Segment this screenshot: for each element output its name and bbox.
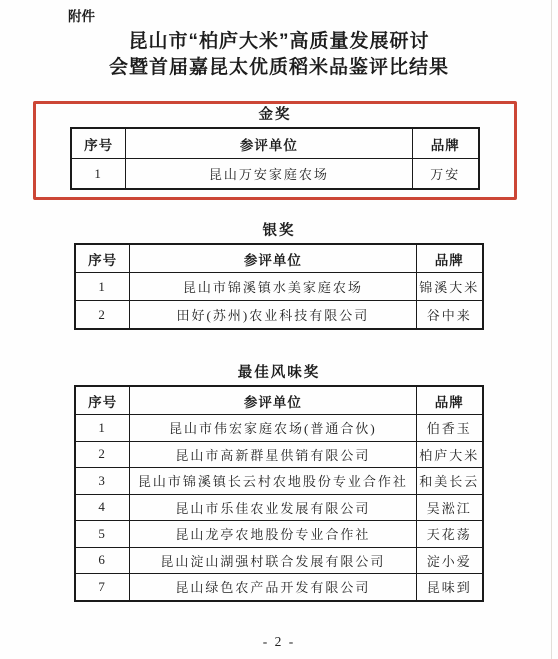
- table-cell: 昆山市锦溪镇长云村农地股份专业合作社: [130, 468, 416, 495]
- award-table-gold: 序号参评单位品牌 1昆山万安家庭农场万安: [70, 127, 480, 190]
- table-header-cell: 参评单位: [130, 244, 416, 273]
- table-header-cell: 参评单位: [130, 386, 416, 415]
- table-cell: 吴淞江: [416, 494, 483, 521]
- table-row: 2田好(苏州)农业科技有限公司谷中来: [75, 301, 483, 330]
- table-cell: 1: [75, 273, 130, 301]
- section-best-flavor-award: 最佳风味奖 序号参评单位品牌 1昆山市伟宏家庭农场(普通合伙)伯香玉2昆山市高新…: [0, 364, 558, 602]
- page-number: - 2 -: [0, 634, 558, 650]
- table-cell: 伯香玉: [416, 415, 483, 442]
- table-cell: 4: [75, 494, 130, 521]
- document-title-line-2: 会暨首届嘉昆太优质稻米品鉴评比结果: [0, 55, 558, 81]
- table-cell: 天花荡: [416, 521, 483, 548]
- table-row: 7昆山绿色农产品开发有限公司昆味到: [75, 574, 483, 601]
- table-cell: 柏庐大米: [416, 441, 483, 468]
- table-cell: 田好(苏州)农业科技有限公司: [130, 301, 416, 330]
- table-header-cell: 序号: [75, 386, 130, 415]
- table-cell: 昆山万安家庭农场: [126, 159, 412, 190]
- table-header-row: 序号参评单位品牌: [71, 128, 479, 159]
- award-table-best-flavor: 序号参评单位品牌 1昆山市伟宏家庭农场(普通合伙)伯香玉2昆山市高新群星供销有限…: [74, 385, 484, 602]
- table-cell: 昆山市伟宏家庭农场(普通合伙): [130, 415, 416, 442]
- table-cell: 昆山绿色农产品开发有限公司: [130, 574, 416, 601]
- table-cell: 7: [75, 574, 130, 601]
- table-row: 4昆山市乐佳农业发展有限公司吴淞江: [75, 494, 483, 521]
- table-header-cell: 品牌: [416, 244, 483, 273]
- table-header-cell: 序号: [75, 244, 130, 273]
- document-title: 昆山市“柏庐大米”高质量发展研讨 会暨首届嘉昆太优质稻米品鉴评比结果: [0, 29, 558, 81]
- table-cell: 昆山市锦溪镇水美家庭农场: [130, 273, 416, 301]
- table-cell: 5: [75, 521, 130, 548]
- table-header-cell: 参评单位: [126, 128, 412, 159]
- table-header-cell: 品牌: [412, 128, 479, 159]
- attachment-label: 附件: [68, 5, 558, 25]
- page-edge-line: [551, 0, 552, 659]
- table-cell: 6: [75, 547, 130, 574]
- table-cell: 万安: [412, 159, 479, 190]
- table-row: 1昆山市锦溪镇水美家庭农场锦溪大米: [75, 273, 483, 301]
- table-cell: 1: [71, 159, 126, 190]
- table-cell: 2: [75, 441, 130, 468]
- table-cell: 淀小爱: [416, 547, 483, 574]
- highlight-box-gold-award: 金奖 序号参评单位品牌 1昆山万安家庭农场万安: [33, 101, 517, 200]
- table-cell: 昆山淀山湖强村联合发展有限公司: [130, 547, 416, 574]
- table-cell: 和美长云: [416, 468, 483, 495]
- document-title-line-1: 昆山市“柏庐大米”高质量发展研讨: [0, 29, 558, 55]
- table-header-cell: 序号: [71, 128, 126, 159]
- section-title-best-flavor: 最佳风味奖: [0, 364, 558, 382]
- table-cell: 昆山龙亭农地股份专业合作社: [130, 521, 416, 548]
- table-row: 2昆山市高新群星供销有限公司柏庐大米: [75, 441, 483, 468]
- table-cell: 3: [75, 468, 130, 495]
- table-cell: 谷中来: [416, 301, 483, 330]
- section-silver-award: 银奖 序号参评单位品牌 1昆山市锦溪镇水美家庭农场锦溪大米2田好(苏州)农业科技…: [0, 222, 558, 330]
- section-title-gold: 金奖: [36, 106, 514, 124]
- table-header-cell: 品牌: [416, 386, 483, 415]
- table-row: 3昆山市锦溪镇长云村农地股份专业合作社和美长云: [75, 468, 483, 495]
- award-table-silver: 序号参评单位品牌 1昆山市锦溪镇水美家庭农场锦溪大米2田好(苏州)农业科技有限公…: [74, 243, 484, 330]
- table-header-row: 序号参评单位品牌: [75, 386, 483, 415]
- table-cell: 昆山市乐佳农业发展有限公司: [130, 494, 416, 521]
- table-header-row: 序号参评单位品牌: [75, 244, 483, 273]
- table-cell: 昆山市高新群星供销有限公司: [130, 441, 416, 468]
- table-row: 5昆山龙亭农地股份专业合作社天花荡: [75, 521, 483, 548]
- document-page: 附件 昆山市“柏庐大米”高质量发展研讨 会暨首届嘉昆太优质稻米品鉴评比结果 金奖…: [0, 0, 558, 659]
- table-cell: 昆味到: [416, 574, 483, 601]
- section-title-silver: 银奖: [0, 222, 558, 240]
- table-cell: 2: [75, 301, 130, 330]
- table-cell: 1: [75, 415, 130, 442]
- table-row: 1昆山万安家庭农场万安: [71, 159, 479, 190]
- table-cell: 锦溪大米: [416, 273, 483, 301]
- table-row: 1昆山市伟宏家庭农场(普通合伙)伯香玉: [75, 415, 483, 442]
- table-row: 6昆山淀山湖强村联合发展有限公司淀小爱: [75, 547, 483, 574]
